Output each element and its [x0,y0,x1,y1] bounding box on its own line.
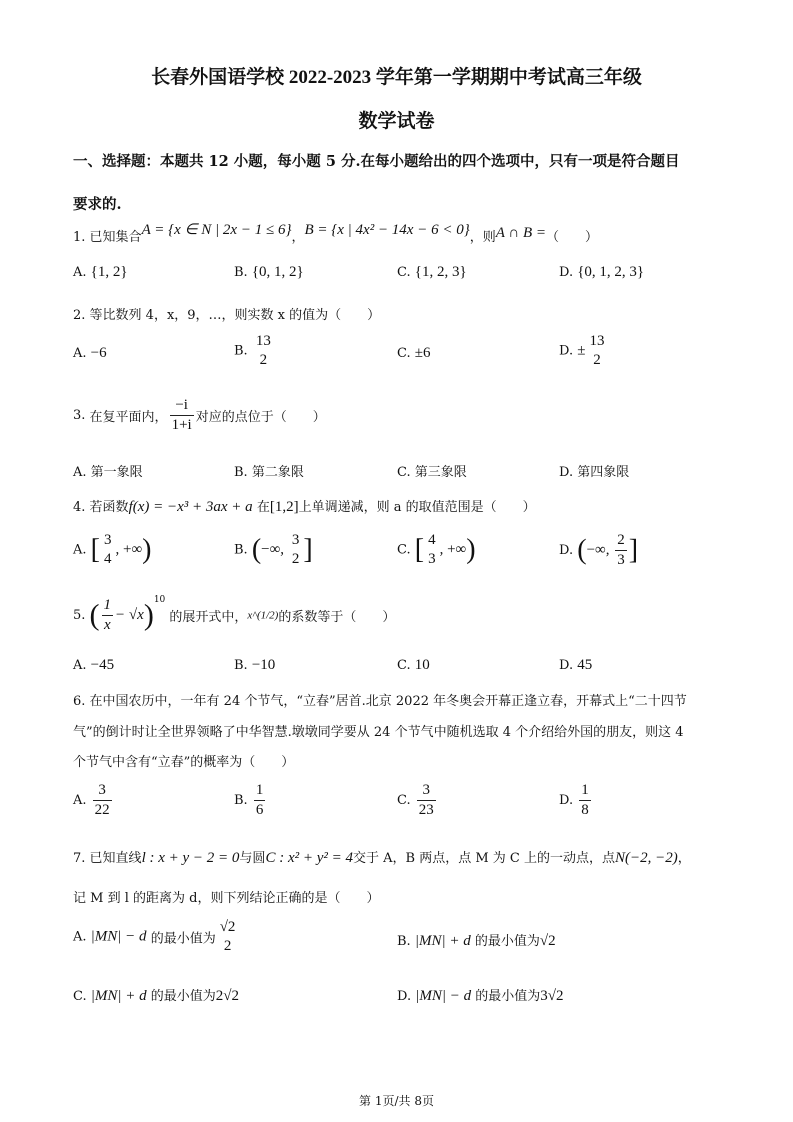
option-label: A. [73,465,87,480]
option-label: C. [397,543,411,558]
denominator: 6 [254,800,266,818]
question-6: 6. 在中国农历中，一年有 24 个节气，“立春”居首.北京 2022 年冬奥会… [73,690,687,709]
sqrt-term: − √x [115,607,144,623]
option-value: {1, 2} [91,264,128,280]
option-2a[interactable]: A. −6 [73,345,107,362]
option-label: D. [559,265,573,280]
option-label: A. [73,346,87,361]
answer-blank: （ ） [546,230,598,245]
question-text: 上单调递减，则 a 的取值范围是（ ） [299,500,536,515]
option-3c[interactable]: C. 第三象限 [397,461,467,480]
fraction: 132 [254,334,273,368]
option-6d[interactable]: D. 18 [559,783,593,818]
option-label: B. [234,658,248,673]
paren: ( [90,599,100,632]
denominator: 3 [426,550,438,567]
option-label: B. [234,465,248,480]
fraction: 34 [102,533,114,567]
numerator: 13 [587,334,606,351]
option-7d[interactable]: D. |MN| − d 的最小值为3√2 [397,985,564,1005]
option-5b[interactable]: B. −10 [234,657,275,674]
denominator: 4 [102,550,114,567]
exponent: 10 [154,595,165,605]
denominator: x [102,615,113,633]
option-label: C. [397,265,411,280]
option-value: {0, 1, 2, 3} [577,264,644,280]
option-value: {1, 2, 3} [415,264,467,280]
exam-title: 长春外国语学校 2022-2023 学年第一学期期中考试高三年级 [0,62,793,89]
option-text: 的最小值为 [151,932,216,947]
option-text: 的最小值为 [475,934,540,949]
option-3d[interactable]: D. 第四象限 [559,461,629,480]
question-number: 4. [73,500,85,515]
expression: |MN| + d [91,988,147,1004]
option-value: 2√2 [216,988,239,1004]
fraction: 43 [426,533,438,567]
question-number: 7. [73,851,85,866]
bracket: ( [252,534,261,565]
option-label: D. [559,465,573,480]
bracket: ) [142,534,151,565]
option-label: D. [559,793,573,808]
paren: ) [144,599,154,632]
option-4a[interactable]: A. [34, +∞) [73,533,151,567]
function-expression: f(x) = −x³ + 3ax + a [129,499,253,515]
option-label: C. [397,465,411,480]
question-number: 6. [73,694,85,709]
numerator: 13 [254,334,273,351]
bracket: ) [466,534,475,565]
numerator: 4 [426,533,438,550]
option-value: {0, 1, 2} [252,264,304,280]
option-1b[interactable]: B. {0, 1, 2} [234,264,304,281]
option-5a[interactable]: A. −45 [73,657,114,674]
option-label: C. [73,989,87,1004]
denominator: 3 [615,550,627,568]
expression: |MN| − d [415,988,471,1004]
option-value: 第四象限 [577,465,629,480]
numerator: −i [173,398,190,415]
interval-rest: −∞, [261,542,288,558]
option-value: 第一象限 [91,465,143,480]
point-n: N(−2, −2) [615,850,678,866]
interval-expression: [1,2] [270,499,299,515]
question-6-line3: 个节气中含有“立春”的概率为（ ） [73,751,294,770]
option-label: D. [559,543,573,558]
option-1d[interactable]: D. {0, 1, 2, 3} [559,264,644,281]
option-3a[interactable]: A. 第一象限 [73,461,143,480]
bracket: ( [577,535,586,566]
option-label: A. [73,658,87,673]
question-text: ， [678,851,691,866]
option-7b[interactable]: B. |MN| + d 的最小值为√2 [397,930,556,950]
option-text: 的最小值为 [151,989,216,1004]
option-2c[interactable]: C. ±6 [397,345,431,362]
option-label: A. [73,265,87,280]
question-1: 1. 已知集合A = {x ∈ N | 2x − 1 ≤ 6}，B = {x |… [73,226,598,246]
option-value: 45 [577,657,592,673]
question-text: 的系数等于（ ） [278,610,395,625]
bracket: [ [415,534,424,565]
numerator: 1 [579,783,591,800]
option-label: A. [73,930,87,945]
option-label: B. [234,265,248,280]
option-label: C. [397,658,411,673]
fraction: −i1+i [170,398,194,433]
question-text: 若函数 [90,500,129,515]
option-3b[interactable]: B. 第二象限 [234,461,304,480]
option-value: 3√2 [540,988,563,1004]
option-7a[interactable]: A. |MN| − d 的最小值为√22 [73,920,239,954]
option-label: B. [234,543,248,558]
denominator: 2 [258,351,270,368]
option-7c[interactable]: C. |MN| + d 的最小值为2√2 [73,985,239,1005]
section-heading: 一、选择题：本题共 12 小题，每小题 5 分.在每小题给出的四个选项中，只有一… [73,150,680,171]
question-number: 3. [73,408,85,423]
question-number: 2. [73,308,85,323]
option-5d[interactable]: D. 45 [559,657,592,674]
option-value: −45 [91,657,114,673]
fraction: √22 [218,920,238,954]
option-value: −10 [252,657,275,673]
option-label: C. [397,346,411,361]
option-6c[interactable]: C. 323 [397,783,438,818]
option-value: 第三象限 [415,465,467,480]
option-6a[interactable]: A. 322 [73,783,114,818]
option-4b[interactable]: B. (−∞, 32] [234,533,313,567]
fraction: 1x [102,598,114,633]
numerator: 1 [254,783,266,800]
question-7: 7. 已知直线l : x + y − 2 = 0与圆C : x² + y² = … [73,847,691,867]
question-text: 在 [257,500,270,515]
fraction: 322 [93,783,112,818]
set-a-expression: A = {x ∈ N | 2x − 1 ≤ 6} [142,222,292,238]
option-label: B. [397,934,411,949]
interval-rest: , +∞ [116,542,143,558]
question-2: 2. 等比数列 4，x，9，…，则实数 x 的值为（ ） [73,304,380,323]
option-value: √2 [540,933,556,949]
fraction: 23 [615,533,627,568]
question-text: ，则 [470,230,496,245]
option-label: A. [73,793,87,808]
numerator: 3 [102,533,114,550]
option-2d[interactable]: D. ±132 [559,334,608,368]
option-label: D. [559,344,573,359]
fraction: 16 [254,783,266,818]
option-value: −6 [91,345,107,361]
question-text: 已知集合 [90,230,142,245]
numerator: 3 [96,783,108,800]
set-b-expression: B = {x | 4x² − 14x − 6 < 0} [304,222,469,238]
option-value: 10 [415,657,430,673]
option-label: D. [559,658,573,673]
line-equation: l : x + y − 2 = 0 [142,850,240,866]
denominator: 1+i [170,415,194,433]
option-label: B. [234,344,248,359]
question-3: 3. 在复平面内，−i1+i对应的点位于（ ） [73,398,326,433]
question-number: 5. [73,608,85,623]
expression: |MN| + d [415,933,471,949]
question-7-line2: 记 M 到 l 的距离为 d，则下列结论正确的是（ ） [73,887,379,906]
denominator: 2 [290,550,302,567]
denominator: 2 [591,351,603,368]
option-label: C. [397,793,411,808]
option-6b[interactable]: B. 16 [234,783,267,818]
question-number: 1. [73,230,85,245]
option-4c[interactable]: C. [43, +∞) [397,533,476,567]
numerator: 3 [421,783,433,800]
option-1a[interactable]: A. {1, 2} [73,264,128,281]
denominator: 22 [93,800,112,818]
option-value: ±6 [415,345,431,361]
numerator: 3 [290,533,302,550]
denominator: 23 [417,800,436,818]
denominator: 2 [222,937,234,954]
term-expression: x^(1/2) [247,610,278,622]
denominator: 8 [579,800,591,818]
bracket: [ [91,534,100,565]
option-2b[interactable]: B. 132 [234,334,275,368]
option-value: 第二象限 [252,465,304,480]
expression: |MN| − d [91,929,147,945]
separator: ， [291,230,304,245]
numerator: 1 [102,598,114,615]
fraction: 323 [417,783,436,818]
question-4: 4. 若函数f(x) = −x³ + 3ax + a 在[1,2]上单调递减，则… [73,496,536,516]
section-heading-cont: 要求的. [73,193,122,214]
option-label: D. [397,989,411,1004]
fraction: 132 [587,334,606,368]
question-text: 的展开式中， [169,610,247,625]
option-label: B. [234,793,248,808]
question-text: 与圆 [239,851,265,866]
interval-rest: −∞, [587,542,614,558]
question-text: 等比数列 4，x，9，…，则实数 x 的值为（ ） [90,308,381,323]
question-text: 在复平面内， [90,410,168,425]
numerator: 2 [615,533,627,550]
bracket: ] [629,535,638,566]
question-text: 已知直线 [90,851,142,866]
numerator: √2 [218,920,238,937]
fraction: 18 [579,783,591,818]
question-text: 对应的点位于（ ） [196,410,326,425]
option-4d[interactable]: D. (−∞, 23] [559,533,638,568]
intersection-expression: A ∩ B = [496,225,546,241]
exam-subtitle: 数学试卷 [0,106,793,133]
option-label: A. [73,543,87,558]
option-text: 的最小值为 [475,989,540,1004]
interval-rest: , +∞ [440,542,467,558]
question-text: 在中国农历中，一年有 24 个节气，“立春”居首.北京 2022 年冬奥会开幕正… [90,694,687,709]
bracket: ] [303,534,312,565]
option-5c[interactable]: C. 10 [397,657,430,674]
fraction: 32 [290,533,302,567]
option-1c[interactable]: C. {1, 2, 3} [397,264,467,281]
question-6-line2: 气”的倒计时让全世界领略了中华智慧.墩墩同学要从 24 个节气中随机选取 4 个… [73,721,684,740]
question-text: 交于 A，B 两点，点 M 为 C 上的一动点，点 [353,851,615,866]
question-5: 5. (1x− √x)10 的展开式中，x^(1/2)的系数等于（ ） [73,598,395,633]
circle-equation: C : x² + y² = 4 [265,850,353,866]
page-number: 第 1页/共 8页 [0,1092,793,1109]
plus-minus: ± [577,343,585,359]
